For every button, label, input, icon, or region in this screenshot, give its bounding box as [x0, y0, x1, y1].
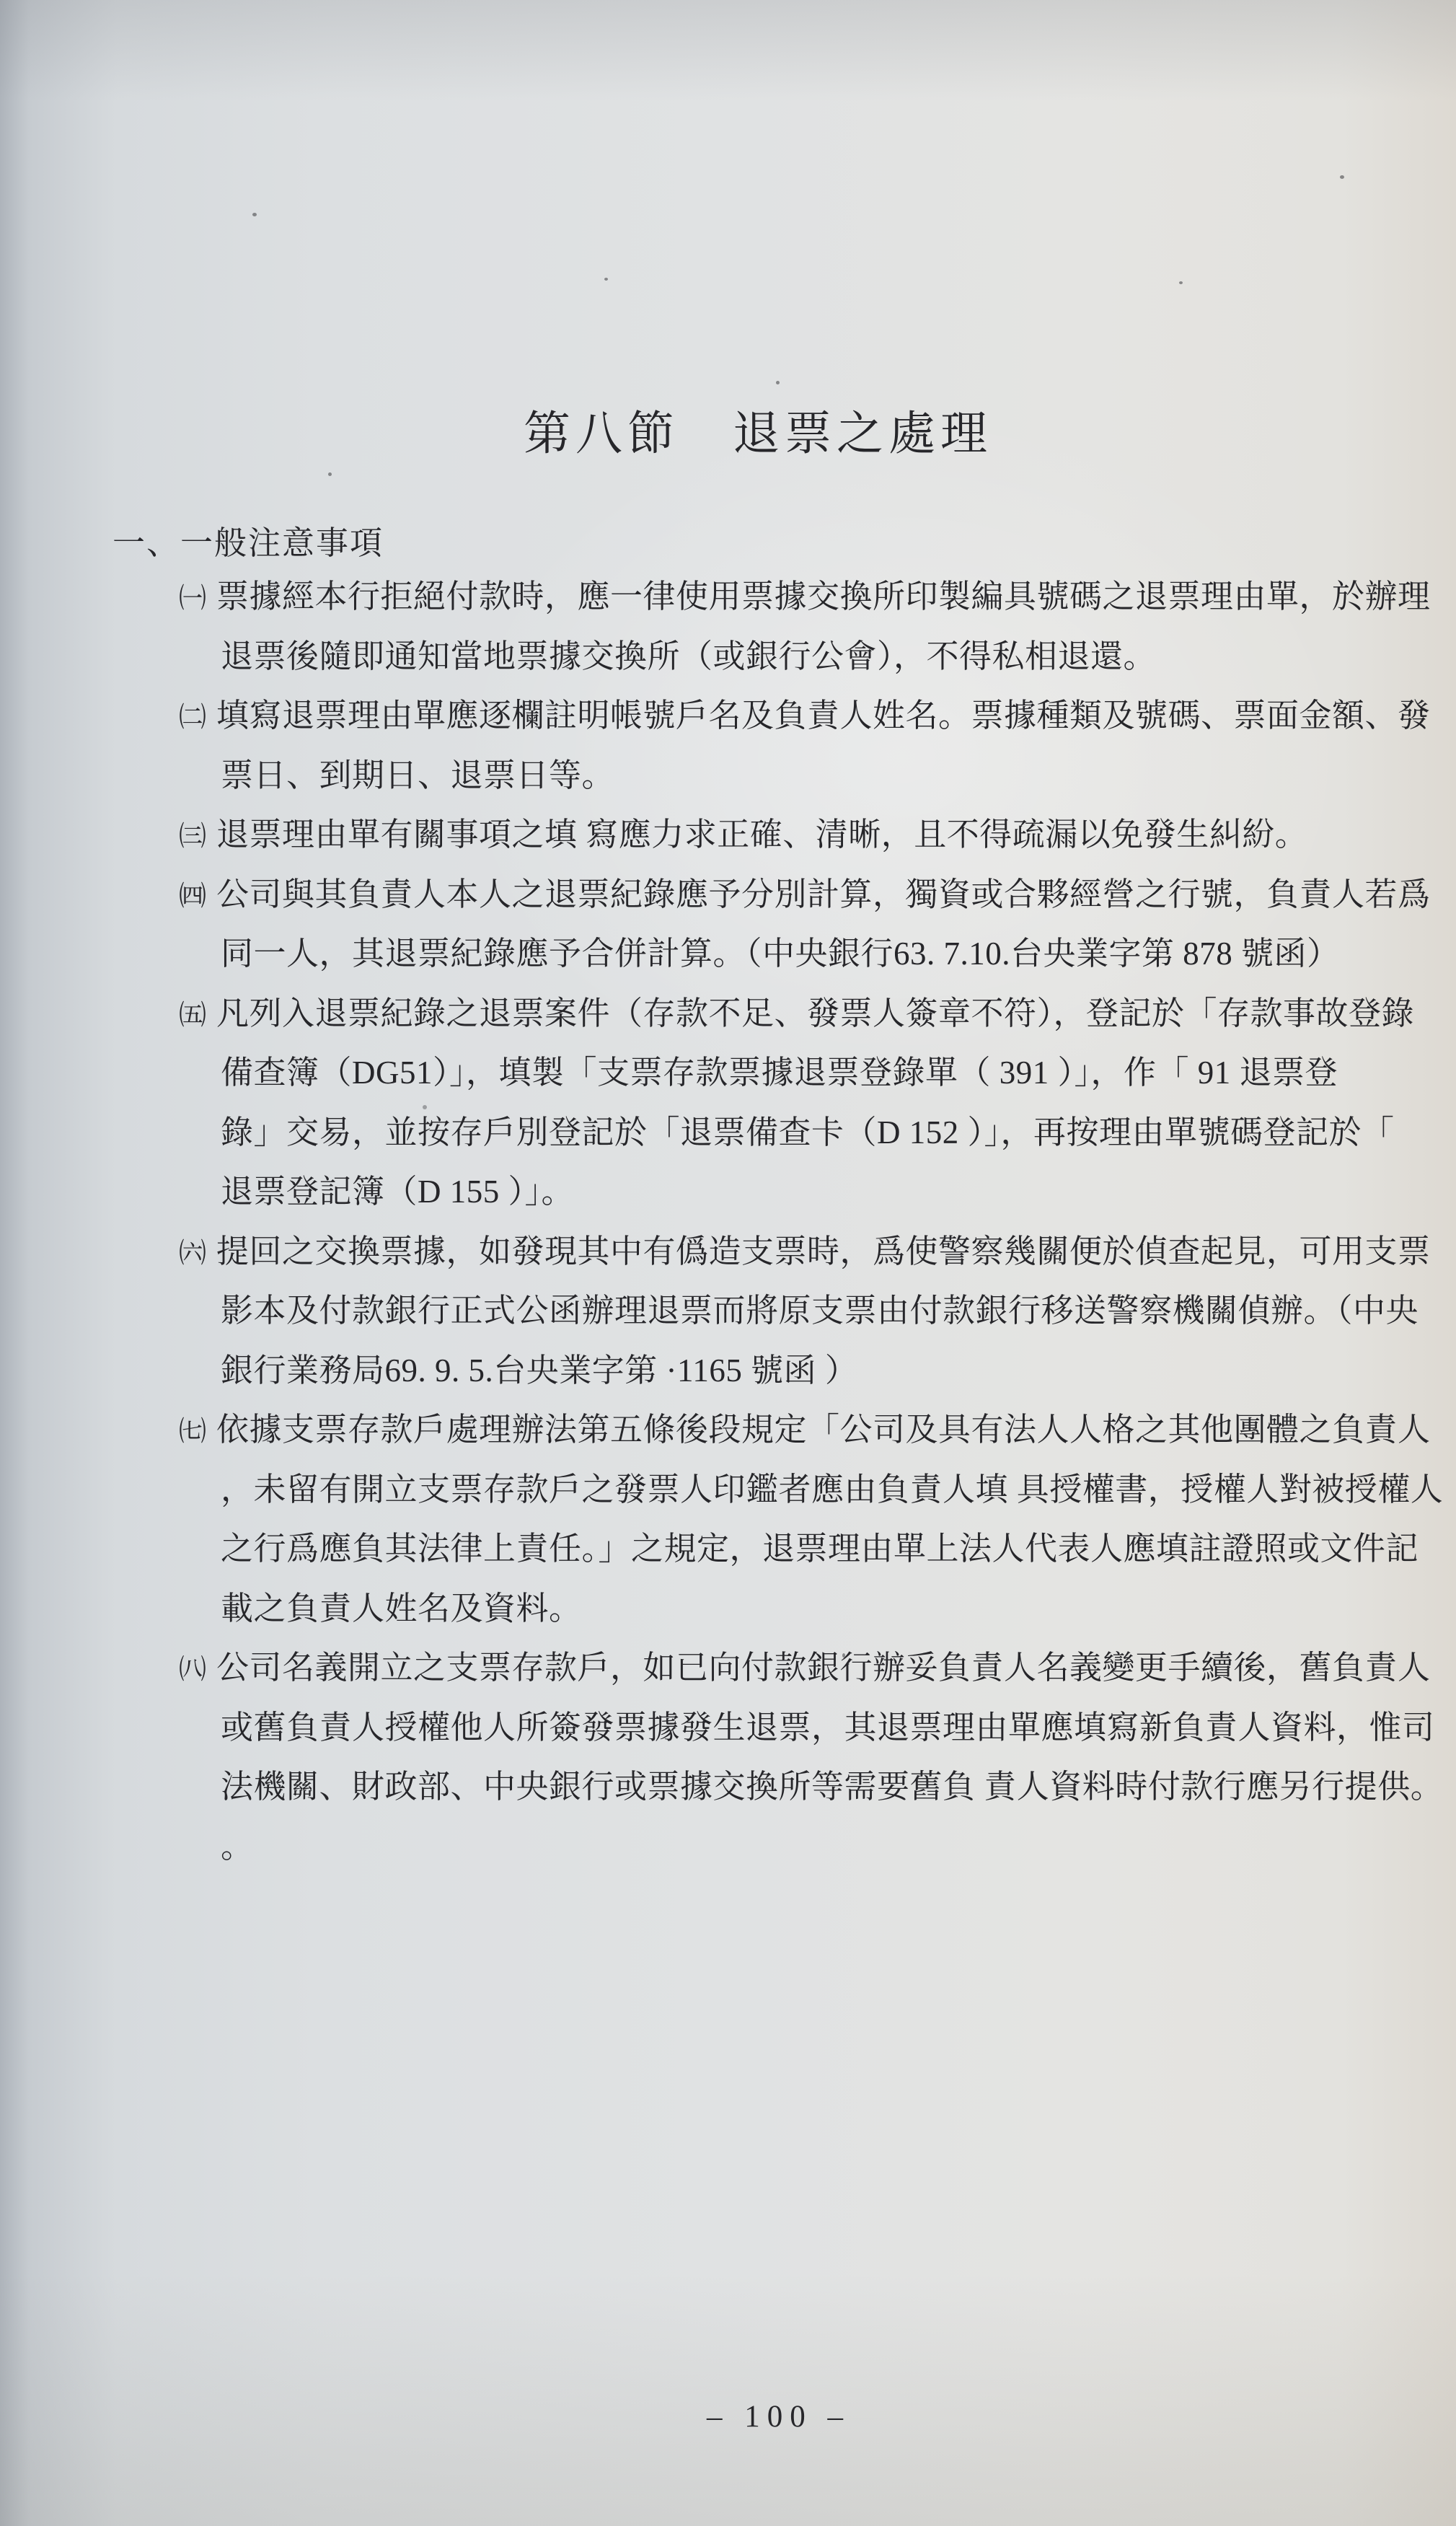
item-marker: ㈡ — [179, 688, 216, 748]
list-item: ㈠票據經本行拒絕付款時，應一律使用票據交換所印製編具號碼之退票理由單，於辦理 退… — [0, 567, 1456, 686]
item-line: 備查簿（DG51）」，填製「支票存款票據退票登錄單（ 391 ）」，作「 91 … — [221, 1043, 1456, 1103]
scanned-document-page: 第八節退票之處理 一、一般注意事項 ㈠票據經本行拒絕付款時，應一律使用票據交換所… — [0, 0, 1456, 2526]
item-marker: ㈧ — [179, 1640, 216, 1700]
item-line: 法機關、財政部、中央銀行或票據交換所等需要舊負 責人資料時付款行應另行提供。 — [221, 1757, 1456, 1817]
item-line: 銀行業務局69. 9. 5.台央業字第 ·1165 號函 ） — [221, 1341, 1456, 1401]
item-line: ㈤凡列入退票紀錄之退票案件（存款不足、發票人簽章不符），登記於「存款事故登錄 — [221, 984, 1456, 1044]
item-line: 影本及付款銀行正式公函辦理退票而將原支票由付款銀行移送警察機關偵辦。（中央 — [221, 1281, 1456, 1341]
item-marker: ㈣ — [179, 867, 216, 927]
item-marker: ㈠ — [179, 569, 216, 629]
item-line: 或舊負責人授權他人所簽發票據發生退票，其退票理由單應填寫新負責人資料，惟司 — [221, 1698, 1456, 1758]
item-line: 錄」交易，並按存戶別登記於「退票備查卡（D 152 ）」，再按理由單號碼登記於「 — [221, 1103, 1456, 1163]
dust-speck — [328, 472, 332, 476]
item-line: ㈢退票理由單有關事項之填 寫應力求正確、清晰，且不得疏漏以免發生糾紛。 — [221, 805, 1456, 865]
item-line: ㈦依據支票存款戶處理辦法第五條後段規定「公司及具有法人人格之其他團體之負責人 — [221, 1400, 1456, 1460]
item-line: 之行爲應負其法律上責任。」之規定，退票理由單上法人代表人應填註證照或文件記 — [221, 1519, 1456, 1579]
section-number: 第八節 — [524, 408, 679, 460]
item-line: 。 — [221, 1817, 1456, 1877]
item-line: 載之負責人姓名及資料。 — [221, 1579, 1456, 1639]
item-line: ㈠票據經本行拒絕付款時，應一律使用票據交換所印製編具號碼之退票理由單，於辦理 — [221, 567, 1456, 627]
item-line: ，未留有開立支票存款戶之發票人印鑑者應由負責人填 具授權書，授權人對被授權人 — [221, 1460, 1456, 1520]
item-line: 退票登記簿（D 155 ）」。 — [221, 1162, 1456, 1222]
list-item: ㈢退票理由單有關事項之填 寫應力求正確、清晰，且不得疏漏以免發生糾紛。 — [0, 805, 1456, 865]
dust-speck — [776, 381, 780, 384]
item-line: ㈥提回之交換票據，如發現其中有僞造支票時，爲使警察幾關便於偵查起見，可用支票 — [221, 1222, 1456, 1282]
item-line: 退票後隨即通知當地票據交換所（或銀行公會），不得私相退還。 — [221, 627, 1456, 687]
item-marker: ㈤ — [179, 986, 216, 1046]
dust-speck — [252, 213, 257, 216]
list-item: ㈣公司與其負責人本人之退票紀錄應予分別計算，獨資或合夥經營之行號，負責人若爲 同… — [0, 865, 1456, 984]
page-number: – 100 – — [707, 2399, 850, 2434]
item-line: 票日、到期日、退票日等。 — [221, 746, 1456, 806]
list-item: ㈡填寫退票理由單應逐欄註明帳號戶名及負責人姓名。票據種類及號碼、票面金額、發 票… — [0, 686, 1456, 805]
item-line: ㈡填寫退票理由單應逐欄註明帳號戶名及負責人姓名。票據種類及號碼、票面金額、發 — [221, 686, 1456, 746]
list-item: ㈧公司名義開立之支票存款戶，如已向付款銀行辦妥負責人名義變更手續後，舊負責人 或… — [0, 1638, 1456, 1876]
section-subject: 退票之處理 — [733, 408, 992, 460]
dust-speck — [604, 278, 608, 281]
list-item: ㈤凡列入退票紀錄之退票案件（存款不足、發票人簽章不符），登記於「存款事故登錄 備… — [0, 984, 1456, 1222]
dust-speck — [1179, 281, 1183, 284]
item-line: ㈣公司與其負責人本人之退票紀錄應予分別計算，獨資或合夥經營之行號，負責人若爲 — [221, 865, 1456, 925]
dust-speck — [1340, 175, 1344, 179]
item-line: ㈧公司名義開立之支票存款戶，如已向付款銀行辦妥負責人名義變更手續後，舊負責人 — [221, 1638, 1456, 1698]
section-title: 第八節退票之處理 — [524, 395, 992, 463]
body-text: ㈠票據經本行拒絕付款時，應一律使用票據交換所印製編具號碼之退票理由單，於辦理 退… — [0, 567, 1456, 1876]
item-marker: ㈥ — [179, 1224, 216, 1284]
subsection-heading: 一、一般注意事項 — [112, 516, 384, 563]
item-marker: ㈦ — [179, 1402, 216, 1462]
list-item: ㈦依據支票存款戶處理辦法第五條後段規定「公司及具有法人人格之其他團體之負責人 ，… — [0, 1400, 1456, 1638]
list-item: ㈥提回之交換票據，如發現其中有僞造支票時，爲使警察幾關便於偵查起見，可用支票 影… — [0, 1222, 1456, 1401]
item-marker: ㈢ — [179, 807, 216, 867]
item-line: 同一人，其退票紀錄應予合併計算。（中央銀行63. 7.10.台央業字第 878 … — [221, 924, 1456, 984]
